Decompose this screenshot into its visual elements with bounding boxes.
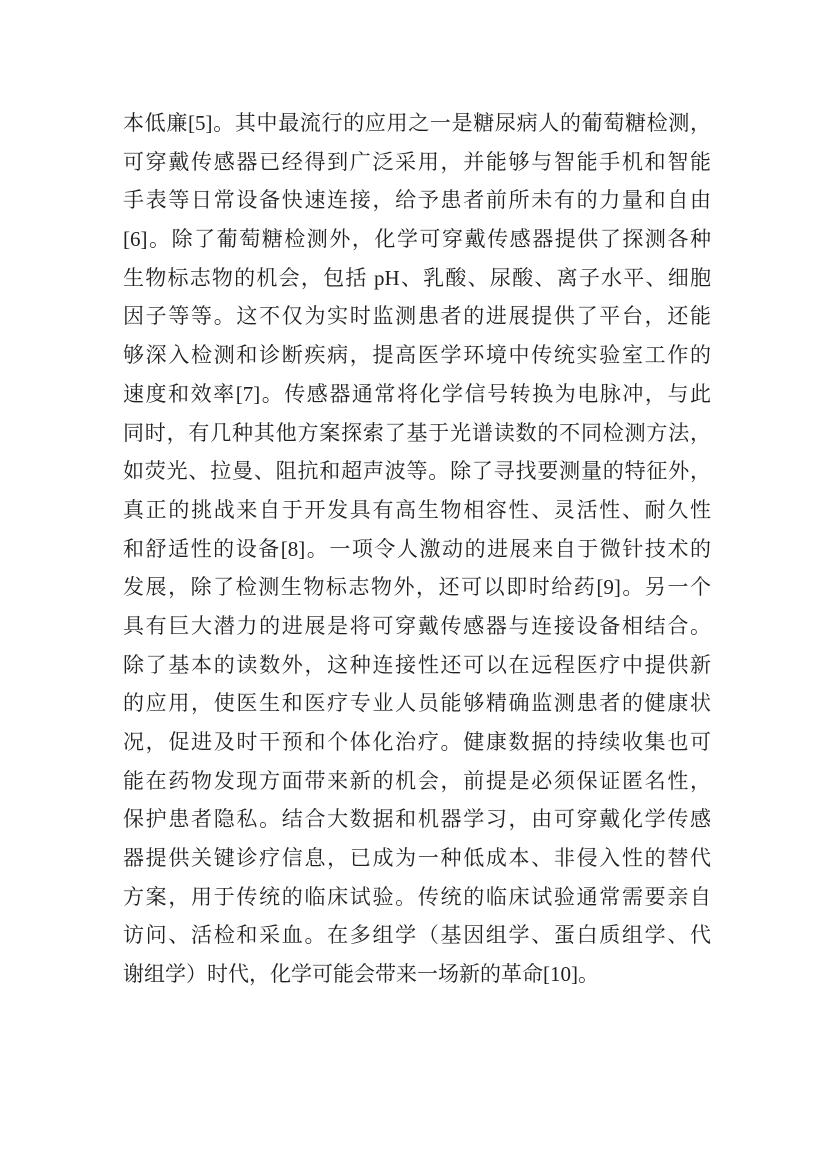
text-line: 谢组学）时代，化学可能会带来一场新的革命[10]。	[123, 955, 711, 994]
text-line: 速度和效率[7]。传感器通常将化学信号转换为电脉冲，与此	[123, 375, 711, 414]
text-line: 具有巨大潜力的进展是将可穿戴传感器与连接设备相结合。	[123, 607, 711, 646]
text-line: 手表等日常设备快速连接，给予患者前所未有的力量和自由	[123, 181, 711, 220]
text-line: 够深入检测和诊断疾病，提高医学环境中传统实验室工作的	[123, 336, 711, 375]
text-line: 和舒适性的设备[8]。一项令人激动的进展来自于微针技术的	[123, 530, 711, 569]
text-line: 访问、活检和采血。在多组学（基因组学、蛋白质组学、代	[123, 916, 711, 955]
text-line: 的应用，使医生和医疗专业人员能够精确监测患者的健康状	[123, 684, 711, 723]
text-line: 保护患者隐私。结合大数据和机器学习，由可穿戴化学传感	[123, 800, 711, 839]
text-line: 能在药物发现方面带来新的机会，前提是必须保证匿名性，	[123, 762, 711, 801]
text-line: 同时，有几种其他方案探索了基于光谱读数的不同检测方法，	[123, 414, 711, 453]
document-page: 本低廉[5]。其中最流行的应用之一是糖尿病人的葡萄糖检测， 可穿戴传感器已经得到…	[0, 0, 827, 1170]
text-line: 真正的挑战来自于开发具有高生物相容性、灵活性、耐久性	[123, 491, 711, 530]
text-line: 器提供关键诊疗信息，已成为一种低成本、非侵入性的替代	[123, 839, 711, 878]
text-line: 如荧光、拉曼、阻抗和超声波等。除了寻找要测量的特征外，	[123, 452, 711, 491]
paragraph-text-block: 本低廉[5]。其中最流行的应用之一是糖尿病人的葡萄糖检测， 可穿戴传感器已经得到…	[123, 104, 711, 994]
text-line: 除了基本的读数外，这种连接性还可以在远程医疗中提供新	[123, 646, 711, 685]
text-line: 因子等等。这不仅为实时监测患者的进展提供了平台，还能	[123, 297, 711, 336]
text-line: 生物标志物的机会，包括 pH、乳酸、尿酸、离子水平、细胞	[123, 259, 711, 298]
text-line: 发展，除了检测生物标志物外，还可以即时给药[9]。另一个	[123, 568, 711, 607]
text-line: [6]。除了葡萄糖检测外，化学可穿戴传感器提供了探测各种	[123, 220, 711, 259]
text-line: 况，促进及时干预和个体化治疗。健康数据的持续收集也可	[123, 723, 711, 762]
text-line: 本低廉[5]。其中最流行的应用之一是糖尿病人的葡萄糖检测，	[123, 104, 711, 143]
text-line: 可穿戴传感器已经得到广泛采用，并能够与智能手机和智能	[123, 143, 711, 182]
text-line: 方案，用于传统的临床试验。传统的临床试验通常需要亲自	[123, 878, 711, 917]
